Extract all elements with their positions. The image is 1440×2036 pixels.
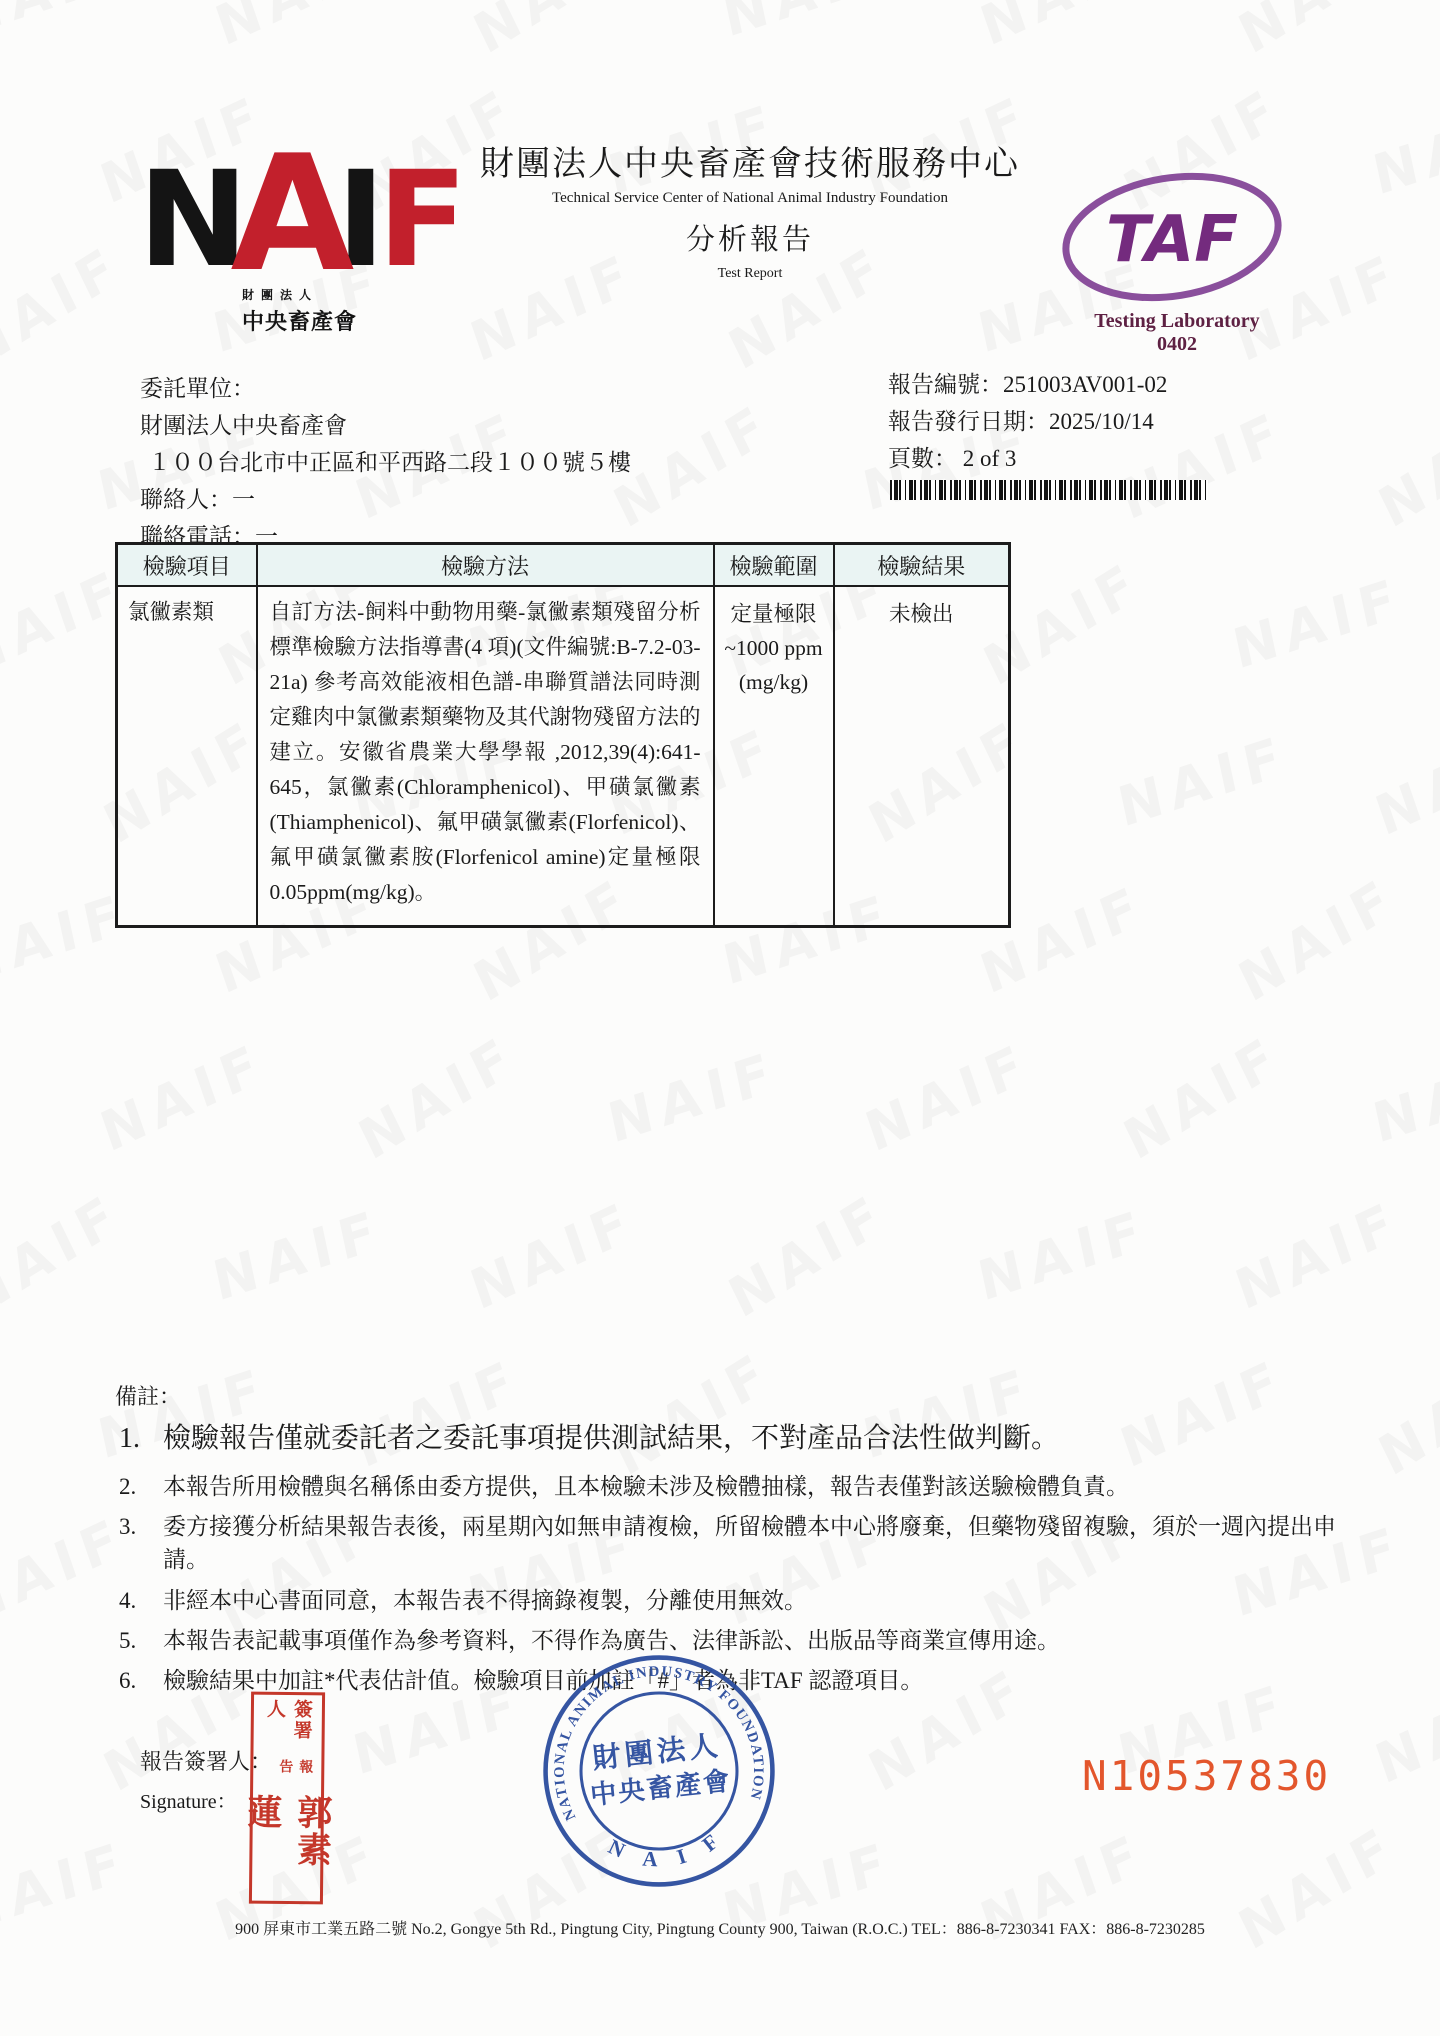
- cell-test-range: 定量極限 ~1000 ppm (mg/kg): [714, 586, 834, 927]
- naif-logo-letter-n: N: [138, 169, 240, 272]
- foundation-seal-graphic: NATIONAL ANIMAL INDUSTRY FOUNDATION N A …: [528, 1640, 790, 1902]
- naif-logo-subtitle-large: 中央畜產會: [242, 305, 357, 336]
- note-item-1: 1.檢驗報告僅就委託者之委託事項提供測試結果，不對產品合法性做判斷。: [115, 1419, 1340, 1460]
- naif-logo-letter-f: F: [377, 169, 459, 272]
- naif-watermark: NAIF: [1228, 1188, 1408, 1322]
- taf-logo-graphic: TAF Testing Laboratory 0402: [1052, 172, 1317, 357]
- note-text: 檢驗報告僅就委託者之委託事項提供測試結果，不對產品合法性做判斷。: [163, 1419, 1340, 1460]
- header-title-block: 財團法人中央畜產會技術服務中心 Technical Service Center…: [450, 136, 1050, 282]
- naif-logo: N A I F 財團法人 中央畜產會: [138, 148, 368, 328]
- cell-test-item: 氯黴素類: [117, 586, 257, 927]
- report-pages: 頁數： 2 of 3: [888, 440, 1167, 477]
- cell-test-result: 未檢出: [834, 586, 1010, 927]
- naif-watermark: NAIF: [0, 0, 133, 50]
- naif-watermark: NAIF: [1368, 714, 1440, 848]
- naif-watermark: NAIF: [1114, 1022, 1291, 1172]
- red-stamp-title-right: 簽署人: [260, 1699, 315, 1758]
- naif-watermark: NAIF: [0, 881, 133, 997]
- note-text: 非經本中心書面同意，本報告表不得摘錄複製，分離使用無效。: [163, 1584, 1340, 1617]
- note-item-3: 3.委方接獲分析結果報告表後，兩星期內如無申請複檢，所留檢體本中心將廢棄，但藥物…: [115, 1510, 1340, 1577]
- naif-watermark: NAIF: [1369, 390, 1440, 540]
- taf-lab-number: 0402: [1157, 333, 1197, 355]
- naif-watermark: NAIF: [0, 232, 131, 382]
- note-text: 委方接獲分析結果報告表後，兩星期內如無申請複檢，所留檢體本中心將廢棄，但藥物殘留…: [163, 1510, 1340, 1577]
- naif-watermark: NAIF: [0, 1180, 131, 1330]
- client-name: 財團法人中央畜產會: [140, 407, 631, 444]
- org-title-zh: 財團法人中央畜產會技術服務中心: [450, 136, 1050, 185]
- naif-logo-subtitle: 財團法人 中央畜產會: [242, 286, 357, 336]
- report-title-zh: 分析報告: [450, 217, 1050, 258]
- naif-watermark: NAIF: [973, 1197, 1154, 1313]
- serial-number: N10537830: [1082, 1752, 1331, 1800]
- note-item-4: 4.非經本中心書面同意，本報告表不得摘錄複製，分離使用無效。: [115, 1584, 1340, 1617]
- naif-watermark: NAIF: [719, 1180, 896, 1330]
- results-table: 檢驗項目 檢驗方法 檢驗範圍 檢驗結果 氯黴素類 自訂方法-飼料中動物用藥-氯黴…: [115, 542, 1011, 928]
- naif-watermark: NAIF: [1113, 723, 1294, 839]
- report-date: 報告發行日期：2025/10/14: [888, 403, 1167, 440]
- barcode: [890, 480, 1208, 500]
- col-header-item: 檢驗項目: [117, 544, 257, 587]
- naif-logo-letters: N A I F: [138, 148, 460, 273]
- naif-watermark: NAIF: [858, 1030, 1038, 1164]
- naif-watermark: NAIF: [973, 0, 1153, 59]
- naif-watermark: NAIF: [208, 1197, 389, 1313]
- naif-watermark: NAIF: [718, 0, 899, 50]
- col-header-range: 檢驗範圍: [714, 544, 834, 587]
- red-stamp-title: 簽署人 報告: [260, 1699, 315, 1793]
- note-number: 4.: [115, 1584, 163, 1617]
- naif-watermark: NAIF: [463, 1188, 643, 1322]
- naif-watermark: NAIF: [93, 1030, 273, 1164]
- client-contact: 聯絡人：一: [140, 481, 631, 518]
- report-info-block: 報告編號：251003AV001-02 報告發行日期：2025/10/14 頁數…: [888, 366, 1167, 477]
- note-number: 2.: [115, 1470, 163, 1503]
- naif-watermark: NAIF: [349, 1022, 526, 1172]
- note-number: 3.: [115, 1510, 163, 1577]
- note-text: 本報告所用檢體與名稱係由委方提供，且本檢驗未涉及檢體抽樣，報告表僅對該送驗檢體負…: [163, 1470, 1340, 1503]
- test-report-page: NAIFNAIFNAIFNAIFNAIFNAIFNAIFNAIFNAIFNAIF…: [0, 0, 1440, 2036]
- red-stamp-name: 郭素蓮: [236, 1794, 337, 1898]
- table-row: 氯黴素類 自訂方法-飼料中動物用藥-氯黴素類殘留分析標準檢驗方法指導書(4 項)…: [117, 586, 1010, 927]
- note-number: 6.: [115, 1664, 163, 1697]
- col-header-method: 檢驗方法: [257, 544, 714, 587]
- col-header-result: 檢驗結果: [834, 544, 1010, 587]
- naif-watermark: NAIF: [1229, 864, 1406, 1014]
- footer-address: 900 屏東市工業五路二號 No.2, Gongye 5th Rd., Ping…: [0, 1916, 1440, 1939]
- naif-logo-subtitle-small: 財團法人: [242, 286, 357, 303]
- notes-title: 備註：: [115, 1380, 1340, 1411]
- note-number: 1.: [115, 1419, 163, 1460]
- note-item-2: 2.本報告所用檢體與名稱係由委方提供，且本檢驗未涉及檢體抽樣，報告表僅對該送驗檢…: [115, 1470, 1340, 1503]
- cell-test-method: 自訂方法-飼料中動物用藥-氯黴素類殘留分析標準檢驗方法指導書(4 項)(文件編號…: [257, 586, 714, 927]
- naif-watermark: NAIF: [1229, 0, 1406, 67]
- naif-watermark: NAIF: [603, 1039, 784, 1155]
- client-label: 委託單位：: [140, 370, 631, 407]
- naif-watermark: NAIF: [1368, 1039, 1440, 1155]
- report-number: 報告編號：251003AV001-02: [888, 366, 1167, 403]
- note-number: 5.: [115, 1624, 163, 1657]
- client-address: １００台北市中正區和平西路二段１００號５樓: [140, 444, 631, 481]
- naif-watermark: NAIF: [1369, 1338, 1440, 1488]
- naif-logo-letter-a: A: [230, 152, 346, 277]
- table-header-row: 檢驗項目 檢驗方法 檢驗範圍 檢驗結果: [117, 544, 1010, 587]
- org-title-en: Technical Service Center of National Ani…: [450, 190, 1050, 207]
- client-block: 委託單位： 財團法人中央畜產會 １００台北市中正區和平西路二段１００號５樓 聯絡…: [140, 370, 631, 555]
- naif-watermark: NAIF: [0, 556, 133, 690]
- red-stamp-title-left: 報告: [260, 1757, 314, 1793]
- foundation-seal: NATIONAL ANIMAL INDUSTRY FOUNDATION N A …: [528, 1640, 790, 1902]
- naif-watermark: NAIF: [1368, 1662, 1440, 1796]
- naif-watermark: NAIF: [604, 390, 781, 540]
- naif-watermark: NAIF: [1228, 565, 1409, 681]
- naif-watermark: NAIF: [1368, 91, 1440, 207]
- naif-watermark: NAIF: [464, 0, 641, 67]
- naif-watermark: NAIF: [208, 0, 388, 59]
- taf-logo: TAF Testing Laboratory 0402: [1052, 172, 1317, 357]
- taf-lab-label: Testing Laboratory: [1094, 310, 1259, 332]
- naif-watermark: NAIF: [1229, 1812, 1406, 1962]
- report-title-en: Test Report: [450, 266, 1050, 282]
- signer-red-stamp: 簽署人 報告 郭素蓮: [249, 1692, 325, 1905]
- taf-letters: TAF: [1106, 203, 1238, 277]
- naif-watermark: NAIF: [0, 1504, 133, 1638]
